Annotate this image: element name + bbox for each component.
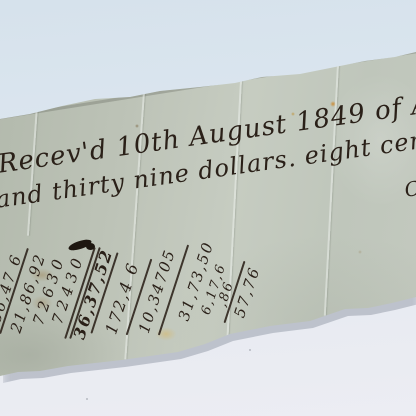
dust-speck [86,398,88,400]
photo-background: { "photo": { "subject": "Handwritten 184… [0,0,416,416]
receipt-paper: Recev'd 10th August 1849 of Asa and thir… [0,0,416,416]
ink-blot-mark [86,243,95,250]
dust-speck [249,349,251,351]
handwriting-edge-mark: C [403,176,416,202]
